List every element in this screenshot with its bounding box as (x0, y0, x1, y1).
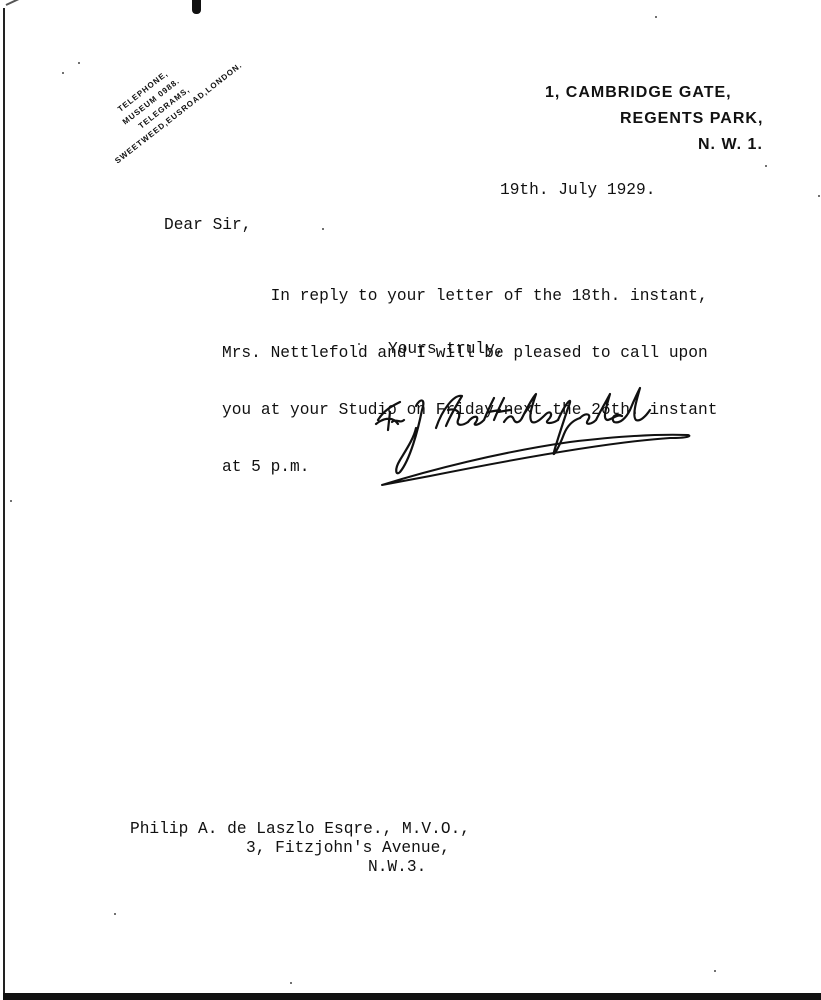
scan-speck (78, 62, 80, 64)
scan-speck (655, 16, 657, 18)
address-line-1: 1, CAMBRIDGE GATE, (545, 84, 732, 102)
letter-date: 19th. July 1929. (500, 181, 655, 200)
scan-speck (765, 165, 767, 167)
scan-speck (114, 913, 116, 915)
address-line-3: N. W. 1. (698, 136, 763, 154)
address-line-2: REGENTS PARK, (620, 110, 763, 128)
salutation: Dear Sir, (164, 216, 251, 235)
corner-mark (6, 0, 27, 6)
letter-page: TELEPHONE, MUSEUM 0988. TELEGRAMS, SWEET… (0, 0, 821, 1000)
signature (370, 380, 700, 490)
scan-speck (62, 72, 64, 74)
scan-edge-bottom (3, 993, 821, 1000)
scan-speck (818, 195, 820, 197)
recipient-district: N.W.3. (368, 858, 426, 877)
closing: Yours truly, (388, 340, 505, 359)
recipient-street: 3, Fitzjohn's Avenue, (246, 839, 450, 858)
telephone-telegram-block: TELEPHONE, MUSEUM 0988. TELEGRAMS, SWEET… (88, 28, 245, 167)
scan-edge-left (3, 8, 5, 998)
scan-speck (714, 970, 716, 972)
top-ink-mark (192, 0, 201, 14)
body-line: In reply to your letter of the 18th. ins… (222, 287, 717, 306)
scan-speck (322, 228, 324, 230)
scan-speck (290, 982, 292, 984)
scan-speck (358, 343, 360, 345)
scan-speck (10, 500, 12, 502)
recipient-name: Philip A. de Laszlo Esqre., M.V.O., (130, 820, 470, 839)
